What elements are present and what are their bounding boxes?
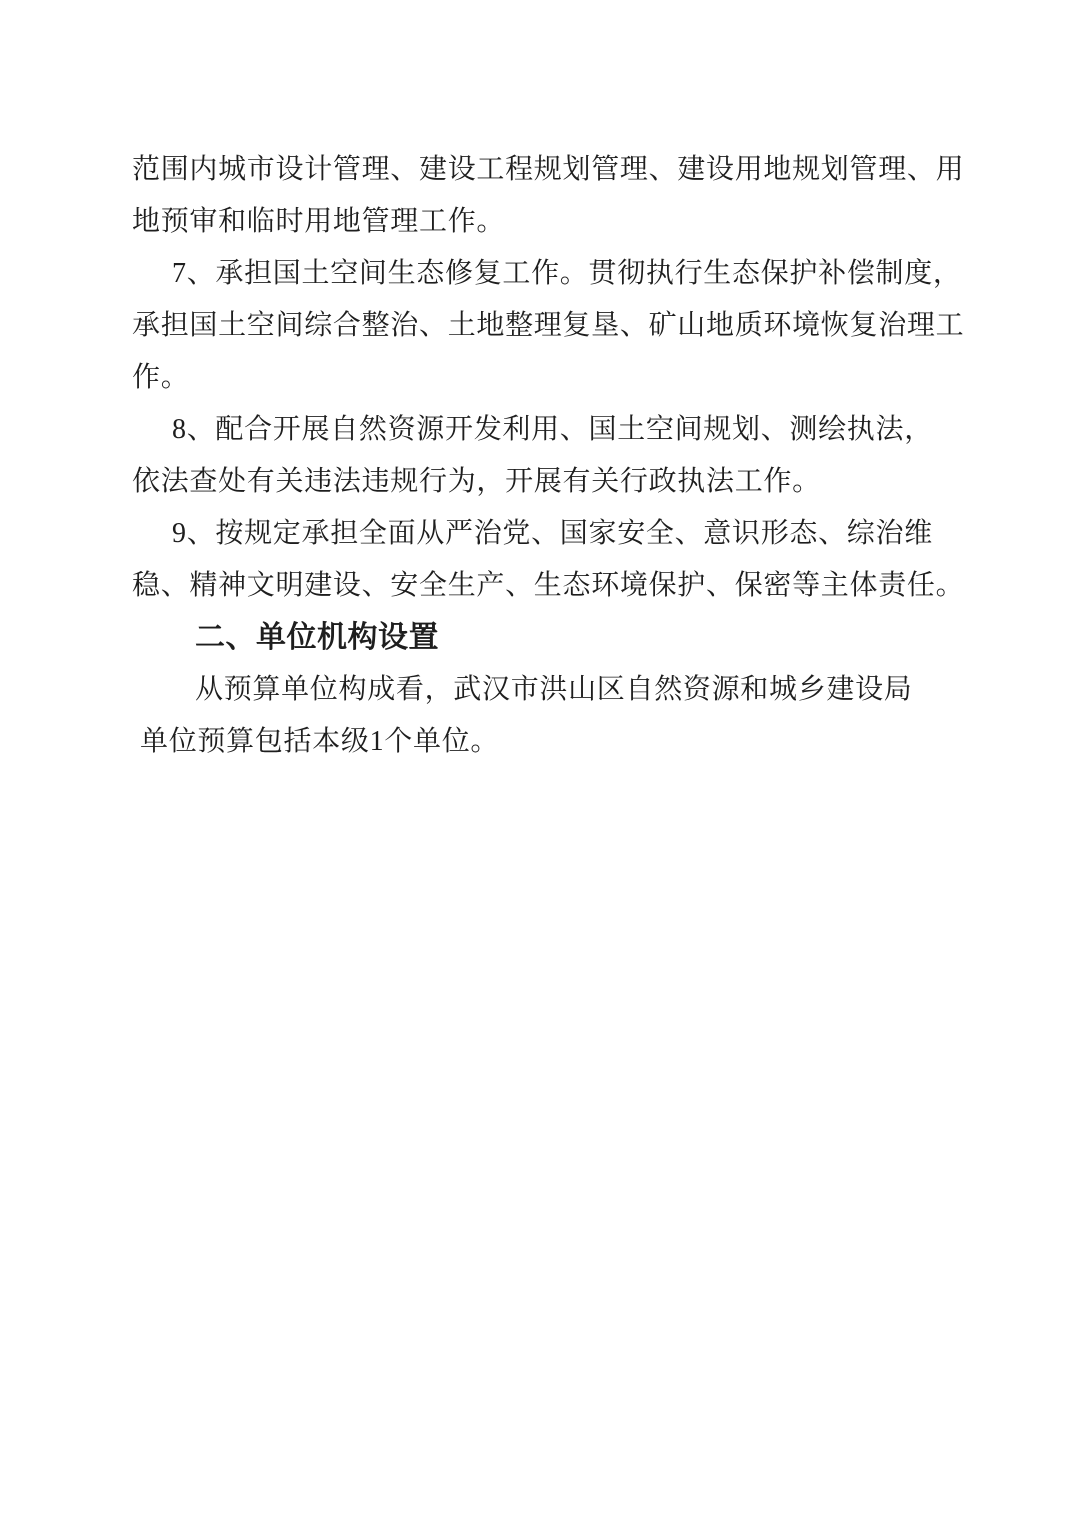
document-content: 范围内城市设计管理、建设工程规划管理、建设用地规划管理、用 地预审和临时用地管理… bbox=[132, 144, 966, 768]
section-heading: 二、单位机构设置 bbox=[132, 612, 966, 664]
paragraph-continuation: 范围内城市设计管理、建设工程规划管理、建设用地规划管理、用 地预审和临时用地管理… bbox=[132, 144, 966, 248]
document-page: 范围内城市设计管理、建设工程规划管理、建设用地规划管理、用 地预审和临时用地管理… bbox=[0, 0, 1075, 1520]
paragraph-item-7: 7、承担国土空间生态修复工作。贯彻执行生态保护补偿制度， 承担国土空间综合整治、… bbox=[132, 248, 966, 404]
paragraph-budget-1: 从预算单位构成看，武汉市洪山区自然资源和城乡建设局 bbox=[132, 664, 966, 716]
paragraph-item-8: 8、配合开展自然资源开发利用、国土空间规划、测绘执法， 依法查处有关违法违规行为… bbox=[132, 404, 966, 508]
paragraph-budget-2: 单位预算包括本级1个单位。 bbox=[132, 716, 966, 768]
paragraph-item-9: 9、按规定承担全面从严治党、国家安全、意识形态、综治维 稳、精神文明建设、安全生… bbox=[132, 508, 966, 612]
